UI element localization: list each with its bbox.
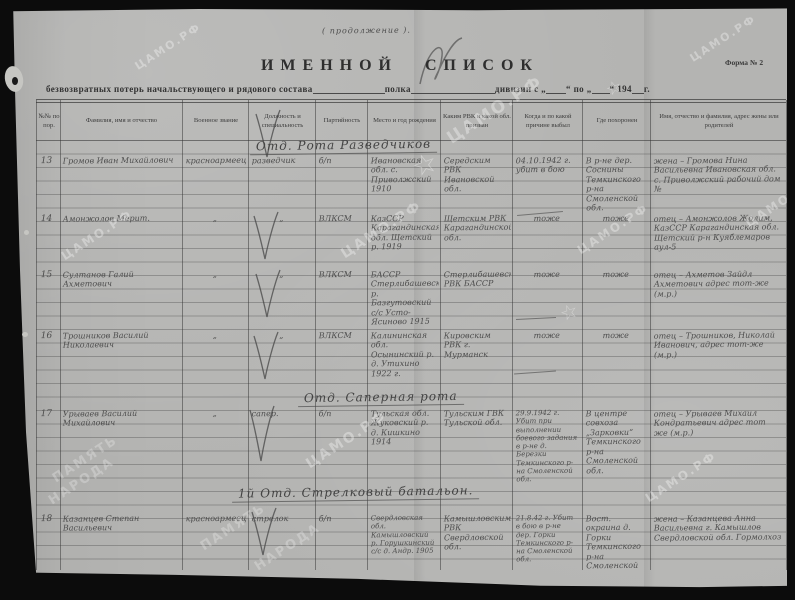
cell-casualty: тоже bbox=[513, 330, 582, 391]
cell-party: ВЛКСМ bbox=[316, 269, 367, 330]
cell-party: б/п bbox=[316, 513, 367, 572]
cell-birthplace: БАССР Стерлибашевский р. Базгутовский с/… bbox=[368, 269, 440, 330]
g-label: г. bbox=[644, 84, 650, 94]
pencil-check-mark bbox=[252, 108, 282, 160]
cell-name: Громов Иван Михайлович bbox=[60, 154, 182, 212]
cell-rank: „ bbox=[183, 269, 248, 330]
col-header-number: №№ по пор. bbox=[37, 103, 61, 140]
table-row: 13 Громов Иван Михайлович красноармеец р… bbox=[0, 155, 795, 212]
row-number: 18 bbox=[37, 513, 60, 571]
scan-edge-right bbox=[787, 0, 795, 600]
table-row: 15 Султанов Галий Ахметович „ „ ВЛКСМ БА… bbox=[0, 269, 795, 329]
row-number: 16 bbox=[37, 330, 60, 390]
cell-name: Султанов Галий Ахметович bbox=[60, 268, 182, 329]
cell-casualty: тоже bbox=[513, 213, 582, 269]
cell-burial: В центре совхоза „Зарковки“ Темкинского … bbox=[583, 408, 650, 485]
row-number: 14 bbox=[37, 213, 60, 268]
cell-draft-office: Тульским ГВК Тульской обл. bbox=[441, 408, 512, 485]
blank-field bbox=[313, 83, 385, 94]
cell-rank: „ bbox=[183, 408, 248, 485]
cell-rank: „ bbox=[183, 213, 248, 269]
row-number: 13 bbox=[37, 155, 60, 212]
cell-name: Казанцев Степан Васильевич bbox=[60, 512, 182, 571]
cell-burial: тоже bbox=[583, 330, 650, 391]
cell-relatives: отец – Трошников, Николай Иванович, адре… bbox=[651, 329, 786, 390]
page-title: ИМЕННОЙ СПИСОК bbox=[120, 57, 680, 75]
regiment-label: полка bbox=[385, 84, 411, 94]
cell-casualty: 04.10.1942 г. убит в бою bbox=[513, 155, 582, 213]
star-icon: ☆ bbox=[603, 76, 625, 101]
po-label: “ по „ bbox=[566, 84, 592, 94]
cell-duty: разведчик bbox=[249, 155, 315, 213]
cell-draft-office: Камышловским РВК Свердловской обл. bbox=[441, 513, 512, 572]
form-number: Форма № 2 bbox=[725, 58, 763, 67]
continuation-note: ( продолжение ). bbox=[322, 26, 411, 36]
cell-rank: красноармеец bbox=[183, 155, 248, 213]
cell-party: б/п bbox=[316, 155, 367, 213]
cell-relatives: жена – Казанцева Анна Васильевна г. Камы… bbox=[651, 512, 786, 571]
col-header-party: Партийность bbox=[316, 103, 368, 140]
blank-field bbox=[632, 83, 644, 94]
cell-draft-office: Кировским РВК г. Мурманск bbox=[441, 330, 512, 391]
table-row: 18 Казанцев Степан Васильевич красноарме… bbox=[0, 513, 795, 571]
col-header-relatives: Имя, отчество и фамилия, адрес жены или … bbox=[651, 103, 787, 140]
section-title: Отд. Саперная рота bbox=[298, 389, 464, 407]
col-header-burial: Где похоронен bbox=[583, 103, 651, 140]
table-header-row: №№ по пор. Фамилия, имя и отчество Военн… bbox=[0, 103, 795, 140]
cell-casualty: 21.8.42 г. Убит в бою в р-не дер. Горки … bbox=[513, 513, 582, 572]
cell-casualty: 29.9.1942 г. Убит при выполнении боевого… bbox=[513, 408, 582, 485]
table-border bbox=[36, 99, 786, 100]
cell-name: Трошников Василий Николаевич bbox=[60, 329, 182, 390]
subtitle-text: безвозвратных потерь начальствующего и р… bbox=[46, 84, 313, 94]
pencil-check-mark bbox=[250, 330, 280, 382]
col-header-rank: Военное звание bbox=[183, 103, 249, 140]
scan-edge-top bbox=[0, 0, 795, 12]
col-header-birthplace: Место и год рождения bbox=[368, 103, 441, 140]
cell-burial: тоже bbox=[583, 269, 650, 330]
cell-relatives: отец – Амонжолов Жолим, КазССР Караганди… bbox=[651, 212, 786, 268]
pencil-check-mark bbox=[252, 268, 282, 320]
document-scan: ( продолжение ). ИМЕННОЙ СПИСОК Форма № … bbox=[0, 0, 795, 600]
col-header-casualty: Когда и по какой причине выбыл bbox=[513, 103, 583, 140]
blank-field bbox=[411, 83, 495, 94]
table-row: 16 Трошников Василий Николаевич „ „ ВЛКС… bbox=[0, 330, 795, 390]
archive-watermark: ЦАМО.РФ bbox=[688, 12, 759, 64]
subtitle-line: безвозвратных потерь начальствующего и р… bbox=[46, 83, 783, 94]
cell-birthplace: Калининская обл. Осынинский р. д. Утихин… bbox=[368, 330, 440, 391]
cell-birthplace: Свердловская обл. Камышловский р. Горушк… bbox=[368, 513, 440, 572]
cell-rank: „ bbox=[183, 330, 248, 391]
blank-field bbox=[546, 83, 566, 94]
cell-draft-office: Середским РВК Ивановской обл. bbox=[441, 155, 512, 213]
row-number: 15 bbox=[37, 269, 60, 329]
cell-relatives: отец – Урываев Михаил Кондратьевич адрес… bbox=[651, 407, 786, 484]
cell-draft-office: Щетским РВК Карагандинской обл. bbox=[441, 213, 512, 269]
cell-relatives: отец – Ахметов Зайдл Ахметович адрес тот… bbox=[651, 268, 786, 329]
pencil-check-mark bbox=[250, 210, 280, 262]
cell-draft-office: Стерлибашевским РВК БАССР bbox=[441, 269, 512, 330]
paper-speck bbox=[24, 230, 29, 235]
paper-hole-dot bbox=[12, 77, 18, 85]
cell-party: ВЛКСМ bbox=[316, 330, 367, 391]
pencil-check-mark bbox=[246, 404, 276, 464]
col-header-name: Фамилия, имя и отчество bbox=[60, 103, 183, 140]
paper-speck bbox=[22, 332, 28, 337]
cell-burial: Вост. окраина д. Горки Темкинского р-на … bbox=[583, 513, 650, 572]
